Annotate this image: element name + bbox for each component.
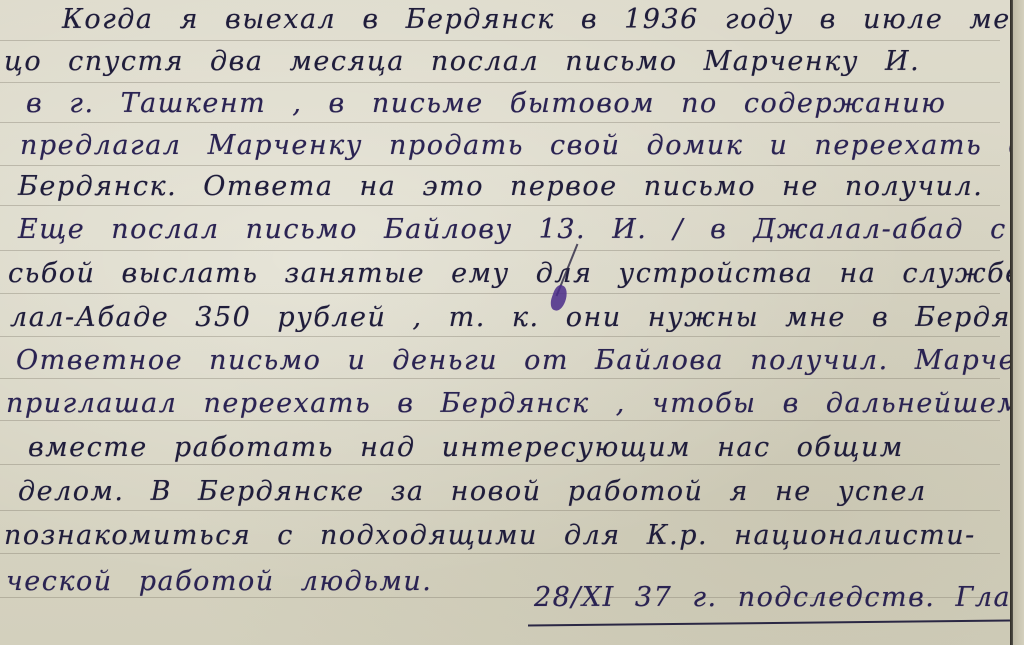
next-page-edge (1013, 0, 1024, 645)
document-page: Когда я выехал в Бердянск в 1936 году в … (0, 0, 1024, 645)
text-line-5: Бердянск. Ответа на это первое письмо не… (18, 171, 1024, 202)
text-line-2: цо спустя два месяца послал письмо Марче… (4, 46, 1014, 77)
text-line-13: познакомиться с подходящими для К.р. нац… (4, 520, 1014, 551)
text-line-4: предлагал Марченку продать свой домик и … (20, 130, 1024, 161)
ruled-line (0, 510, 1000, 511)
text-line-7: сьбой выслать занятые ему для устройства… (8, 258, 1018, 289)
ruled-line (0, 40, 1000, 41)
signature-underline (528, 619, 1010, 626)
ruled-line (0, 336, 1000, 337)
signature-date: 28/XI 37 г. (534, 582, 718, 613)
ruled-line (0, 82, 1000, 83)
text-line-8: лал-Абаде 350 рублей , т. к. они нужны м… (10, 302, 1020, 333)
text-line-6: Еще послал письмо Байлову 13. И. / в Джа… (18, 214, 1024, 245)
ruled-line (0, 205, 1000, 206)
text-line-12: делом. В Бердянске за новой работой я не… (18, 476, 1024, 507)
ruled-line (0, 250, 1000, 251)
text-line-1: Когда я выехал в Бердянск в 1936 году в … (62, 4, 1024, 35)
ruled-line (0, 378, 1000, 379)
signature-label: подследств. (738, 582, 936, 613)
text-line-11: вместе работать над интересующим нас общ… (28, 432, 1024, 463)
ruled-line (0, 293, 1000, 294)
signature-block: 28/XI 37 г. подследств. Гладки (534, 582, 1024, 613)
ruled-line (0, 464, 1000, 465)
text-line-3: в г. Ташкент , в письме бытовом по содер… (26, 88, 1024, 119)
ruled-line (0, 165, 1000, 166)
ruled-line (0, 122, 1000, 123)
ruled-line (0, 553, 1000, 554)
text-line-9: Ответное письмо и деньги от Байлова полу… (16, 345, 1024, 376)
ruled-line (0, 420, 1000, 421)
text-line-10: приглашал переехать в Бердянск , чтобы в… (6, 388, 1016, 419)
